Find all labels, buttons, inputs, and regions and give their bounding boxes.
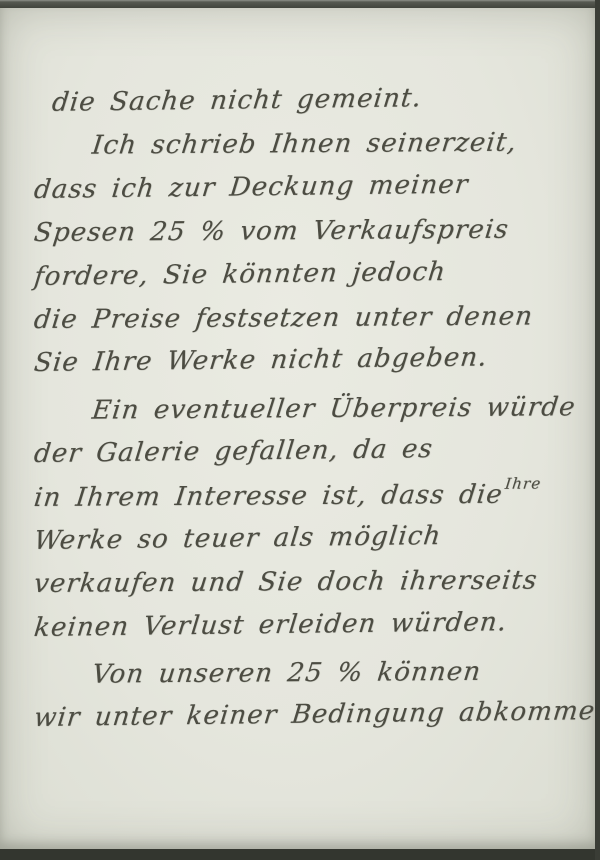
- handwriting-line: die Sache nicht gemeint.: [32, 75, 582, 125]
- letter-photo: die Sache nicht gemeint. Ich schrieb Ihn…: [0, 0, 600, 860]
- handwriting-text: die Sache nicht gemeint.: [50, 83, 423, 118]
- handwriting-line: verkaufen und Sie doch ihrerseits: [31, 559, 580, 606]
- handwriting-line: die Preise festsetzen unter denen: [31, 295, 580, 342]
- handwriting-line: Ich schrieb Ihnen seinerzeit,: [31, 122, 580, 169]
- handwriting-text: Ein eventueller Überpreis würde: [90, 392, 577, 425]
- handwriting-text: verkaufen und Sie doch ihrerseits: [32, 566, 539, 600]
- handwriting-line: wir unter keiner Bedingung abkommen.: [32, 691, 582, 741]
- inserted-word-superscript: Ihre: [504, 476, 542, 491]
- handwriting-text: wir unter keiner Bedingung abkommen.: [32, 696, 600, 733]
- handwriting-text: der Galerie gefallen, da es: [32, 434, 434, 469]
- handwriting-text: Von unseren 25 % können: [90, 657, 483, 690]
- handwriting-line: keinen Verlust erleiden würden.: [32, 600, 582, 650]
- handwriting-text: Spesen 25 % vom Verkaufspreis: [32, 215, 510, 248]
- handwriting-line: Werke so teuer als möglich: [32, 513, 582, 563]
- handwriting-line: in Ihrem Interesse ist, dass dieIhre: [31, 473, 580, 520]
- handwriting-line: Spesen 25 % vom Verkaufspreis: [31, 208, 580, 255]
- handwriting-text: keinen Verlust erleiden würden.: [32, 607, 508, 643]
- letter-page: die Sache nicht gemeint. Ich schrieb Ihn…: [0, 8, 596, 849]
- handwriting-block: die Sache nicht gemeint. Ich schrieb Ihn…: [34, 82, 578, 741]
- handwriting-text: in Ihrem Interesse ist, dass die: [32, 479, 504, 512]
- handwriting-text: dass ich zur Deckung meiner: [32, 169, 470, 204]
- handwriting-line: Ein eventueller Überpreis würde: [31, 386, 580, 433]
- handwriting-line: fordere, Sie könnten jedoch: [32, 249, 582, 299]
- handwriting-text: Sie Ihre Werke nicht abgeben.: [32, 343, 489, 379]
- handwriting-text: Ich schrieb Ihnen seinerzeit,: [90, 128, 518, 161]
- handwriting-line: der Galerie gefallen, da es: [32, 426, 582, 476]
- handwriting-text: Werke so teuer als möglich: [32, 521, 443, 556]
- handwriting-line: dass ich zur Deckung meiner: [32, 162, 582, 212]
- handwriting-text: fordere, Sie könnten jedoch: [32, 257, 447, 292]
- handwriting-text: die Preise festsetzen unter denen: [32, 301, 534, 334]
- handwriting-line: Sie Ihre Werke nicht abgeben.: [32, 336, 582, 386]
